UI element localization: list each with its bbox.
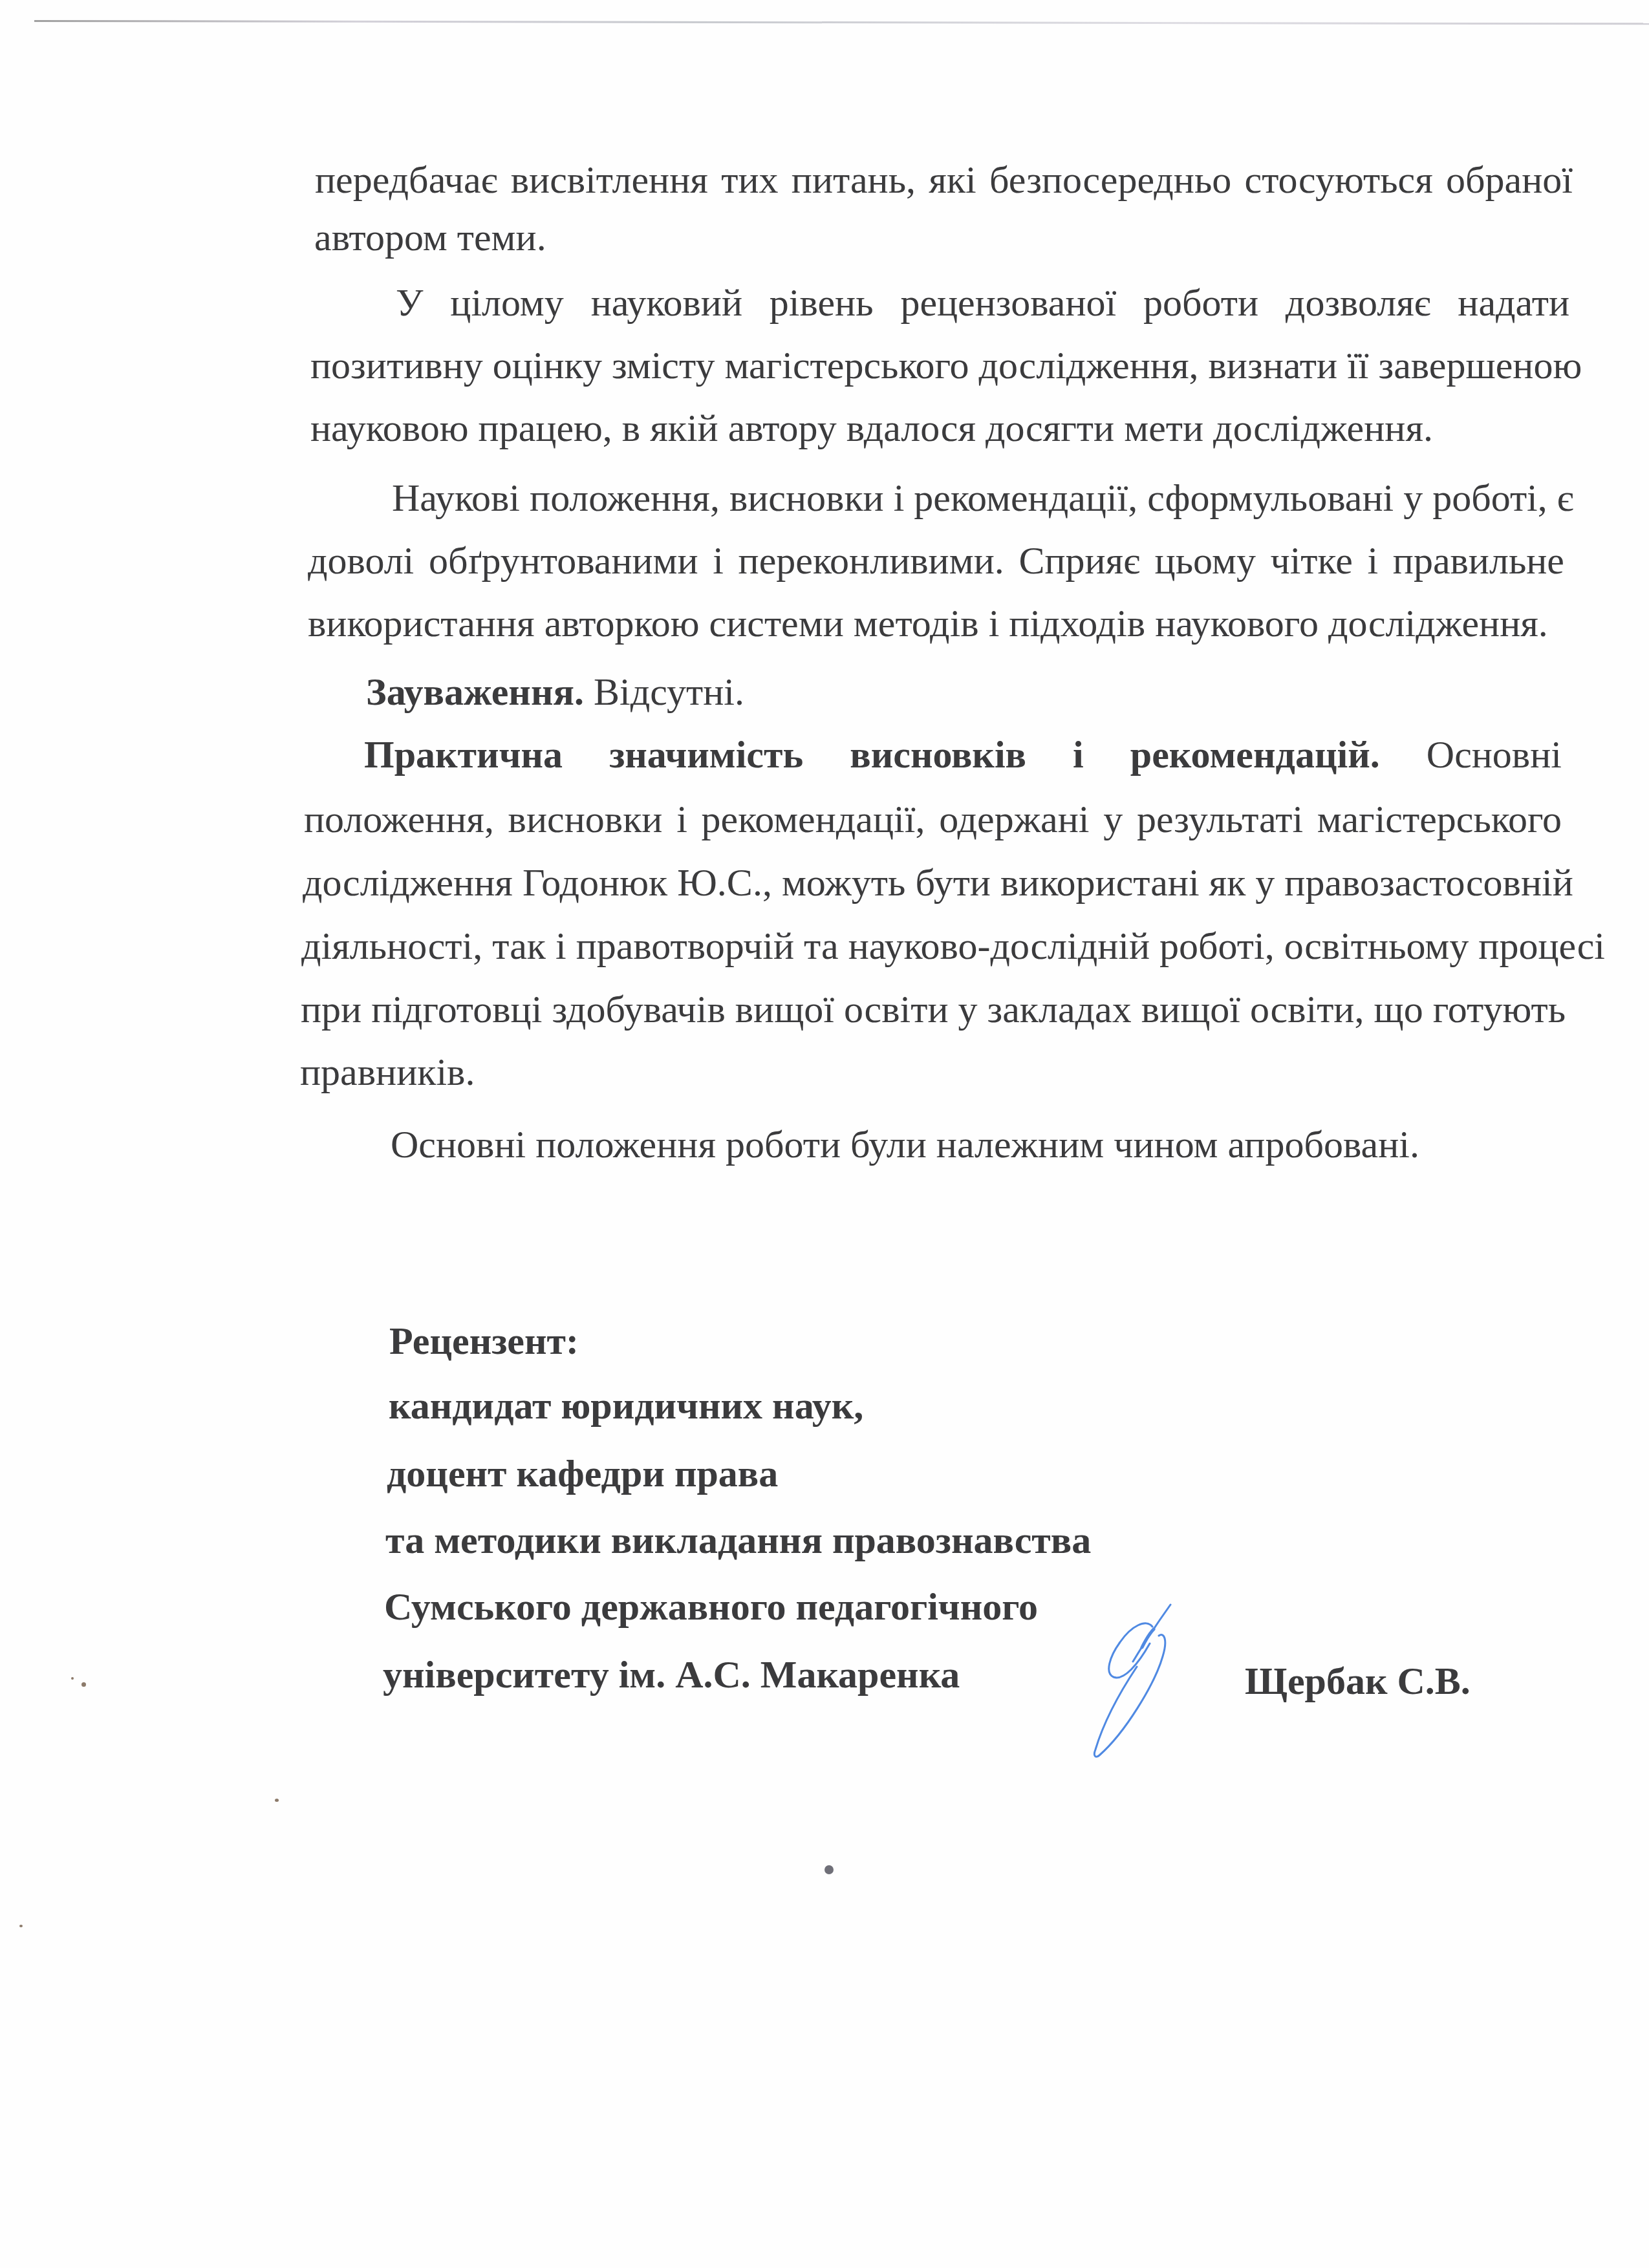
body-line: положення, висновки і рекомендації, одер… bbox=[304, 800, 1562, 839]
body-line: У цілому науковий рівень рецензованої ро… bbox=[396, 283, 1569, 322]
reviewer-position: та методики викладання правознавства bbox=[385, 1521, 1091, 1559]
remarks-heading: Зауваження. bbox=[366, 670, 584, 713]
heading-word: рекомендацій. bbox=[1130, 735, 1380, 774]
body-line: науковою працею, в якій автору вдалося д… bbox=[310, 409, 1433, 447]
body-line: Наукові положення, висновки і рекомендац… bbox=[392, 478, 1566, 517]
body-word: Основні bbox=[1427, 735, 1562, 774]
body-line: доволі обґрунтованими і переконливими. С… bbox=[308, 541, 1564, 580]
body-line: діяльності, так і правотворчій та науков… bbox=[301, 926, 1559, 965]
reviewer-position: доцент кафедри права bbox=[387, 1454, 778, 1493]
scan-speck bbox=[81, 1682, 86, 1687]
scan-speck bbox=[71, 1677, 74, 1680]
body-line: автором теми. bbox=[314, 218, 546, 257]
body-line: дослідження Годонюк Ю.С., можуть бути ви… bbox=[303, 863, 1560, 902]
handwritten-signature bbox=[1073, 1597, 1183, 1765]
scan-speck bbox=[824, 1865, 834, 1874]
reviewer-label: Рецензент: bbox=[389, 1321, 579, 1360]
body-line: Основні положення роботи були належним ч… bbox=[391, 1125, 1419, 1164]
body-line: використання авторкою системи методів і … bbox=[308, 604, 1548, 643]
scan-edge-line bbox=[34, 20, 1649, 25]
reviewer-institution: університету ім. А.С. Макаренка bbox=[383, 1655, 960, 1694]
body-line: позитивну оцінку змісту магістерського д… bbox=[310, 346, 1568, 385]
body-line: передбачає висвітлення тих питань, які б… bbox=[315, 160, 1573, 199]
remarks-line: Зауваження. Відсутні. bbox=[366, 672, 744, 711]
remarks-text: Відсутні. bbox=[584, 670, 744, 713]
scan-speck bbox=[275, 1799, 279, 1802]
document-page: передбачає висвітлення тих питань, які б… bbox=[0, 0, 1649, 2268]
scan-speck bbox=[19, 1925, 23, 1927]
heading-word: Практична bbox=[364, 735, 563, 774]
practical-heading-line: Практична значимість висновків і рекомен… bbox=[364, 735, 1562, 774]
body-line: правників. bbox=[300, 1053, 475, 1091]
reviewer-degree: кандидат юридичних наук, bbox=[389, 1386, 863, 1425]
heading-word: висновків bbox=[850, 735, 1026, 774]
body-line: при підготовці здобувачів вищої освіти у… bbox=[301, 990, 1558, 1029]
reviewer-institution: Сумського державного педагогічного bbox=[384, 1587, 1038, 1626]
reviewer-name: Щербак С.В. bbox=[1245, 1662, 1471, 1700]
heading-word: і bbox=[1073, 735, 1084, 774]
heading-word: значимість bbox=[609, 735, 803, 774]
